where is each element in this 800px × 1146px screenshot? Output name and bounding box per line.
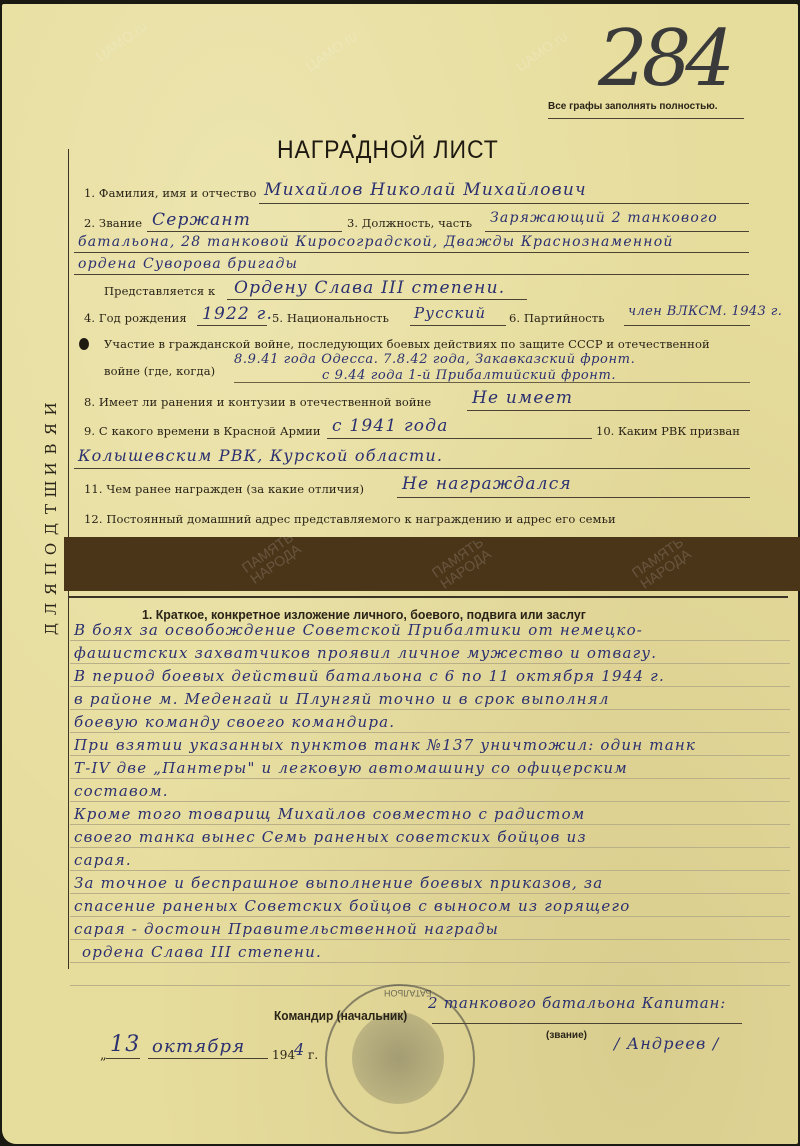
narrative-line: сарая. [74,851,132,869]
ruled-line [70,916,790,917]
rank-label: (звание) [546,1030,587,1041]
field-1-value: Михайлов Николай Михайлович [264,180,587,200]
field-6-value: член ВЛКСМ. 1943 г. [628,304,782,319]
field-5-value: Русский [414,304,486,322]
field-11-value: Не награждался [402,474,572,494]
date-year-prefix: 194 [272,1048,295,1062]
ruled-line [70,824,790,825]
instruction-underline [548,118,744,119]
narrative-line: В период боевых действий батальона с 6 п… [74,667,665,685]
field-line [74,468,750,469]
field-line [234,382,750,383]
watermark: ЦАМО.ru [513,28,569,73]
field-line [410,325,506,326]
section-1-heading: 1. Краткое, конкретное изложение личного… [142,607,586,622]
field-5-label: 5. Национальность [272,311,389,325]
signer-name: / Андреев / [614,1034,719,1053]
ruled-line [70,962,790,963]
ruled-line [70,801,790,802]
field-10-label: 10. Каким РВК призван [596,424,740,438]
field-line [147,231,342,232]
ruled-line [70,686,790,687]
field-line [467,410,750,411]
field-7-value-line1: 8.9.41 года Одесса. 7.8.42 года, Закавка… [234,352,635,367]
field-3-label: 3. Должность, часть [347,216,472,230]
ruled-line [70,755,790,756]
ruled-line [70,732,790,733]
narrative-line: фашистских захватчиков проявил личное му… [74,644,657,662]
narrative-line: спасение раненых Советских бойцов с выно… [74,897,630,915]
archive-number: 284 [598,14,729,104]
signature-line [432,1023,742,1024]
field-line [197,325,267,326]
award-sheet: ЦАМО.ru ЦАМО.ru ЦАМО.ru ПАМЯТЬНАРОДА 284… [2,4,798,1144]
ruled-line [70,985,790,986]
ruled-line [70,847,790,848]
field-7-value-line2: с 9.44 года 1-й Прибалтийский фронт. [322,368,616,383]
ruled-line [70,709,790,710]
date-year-suffix: 4 [294,1040,305,1059]
field-11-label: 11. Чем ранее награжден (за какие отличи… [84,482,364,496]
side-label-dlya-podshivki: ИЯВИШТДОПЯЛД [42,399,60,639]
field-line [259,203,749,204]
ruled-line [70,893,790,894]
ruled-line [70,939,790,940]
field-3-value-line3: ордена Суворова бригады [78,256,298,272]
narrative-line: в районе м. Меденгай и Плунгяй точно и в… [74,690,610,708]
narrative-line: составом. [74,782,169,800]
section-divider [68,596,788,598]
field-line [485,231,749,232]
date-quote-open: „ [100,1048,107,1063]
ruled-line [70,663,790,664]
field-line [327,438,592,439]
commander-unit-rank: 2 танкового батальона Капитан: [428,994,726,1012]
commander-label: Командир (начальник) [274,1008,407,1023]
narrative-line: За точное и беспрашное выполнение боевых… [74,874,603,892]
field-1-label: 1. Фамилия, имя и отчество [84,186,257,200]
field-4-value: 1922 г. [202,304,273,324]
fill-instruction: Все графы заполнять полностью. [548,101,718,112]
narrative-line: Кроме того товарищ Михайлов совместно с … [74,805,585,823]
field-3-value-line1: Заряжающий 2 танкового [490,210,718,226]
field-line [74,274,749,275]
page-title: НАГРАДНОЙ ЛИСТ [277,136,499,165]
watermark: ЦАМО.ru [303,28,359,73]
ruled-line [70,778,790,779]
stamp-emblem [352,1012,444,1104]
narrative-line: своего танка вынес Семь раненых советски… [74,828,587,846]
presented-label: Представляется к [104,284,215,298]
field-line [624,325,750,326]
ruled-line [70,870,790,871]
date-g: г. [308,1048,318,1062]
narrative-line: Т-IV две „Пантеры" и легковую автомашину… [74,759,628,777]
field-line [74,252,749,253]
stamp-text: БАТАЛЬОН [384,988,432,998]
narrative-line: В боях за освобождение Советской Прибалт… [74,621,643,639]
date-month: октября [152,1036,245,1057]
narrative-line: ордена Слава III степени. [82,943,322,961]
field-2-value: Сержант [152,210,251,230]
field-line [397,497,750,498]
narrative-line: сарая - достоин Правительственной наград… [74,920,499,938]
field-12-label: 12. Постоянный домашний адрес представля… [84,512,616,526]
field-7-label-line2: войне (где, когда) [104,364,215,378]
field-9-label: 9. С какого времени в Красной Армии [84,424,321,438]
ink-blot [79,338,89,350]
field-7-label-line1: Участие в гражданской войне, последующих… [104,337,710,351]
field-6-label: 6. Партийность [509,311,605,325]
narrative-line: боевую команду своего командира. [74,713,395,731]
ruled-line [70,640,790,641]
date-day: 13 [110,1032,140,1057]
field-9-value: с 1941 года [332,416,449,436]
narrative-line: При взятии указанных пунктов танк №137 у… [74,736,696,754]
field-2-label: 2. Звание [84,216,142,230]
date-month-line [148,1058,268,1059]
field-10-value: Колышевским РВК, Курской области. [78,446,443,465]
watermark: ЦАМО.ru [93,18,149,63]
field-4-label: 4. Год рождения [84,311,187,325]
field-8-value: Не имеет [472,388,573,408]
date-day-line [106,1058,140,1059]
field-line [227,299,527,300]
presented-value: Ордену Слава III степени. [234,278,505,298]
field-8-label: 8. Имеет ли ранения и контузии в отечест… [84,395,431,409]
field-3-value-line2: батальона, 28 танковой Киросоградской, Д… [78,234,674,250]
